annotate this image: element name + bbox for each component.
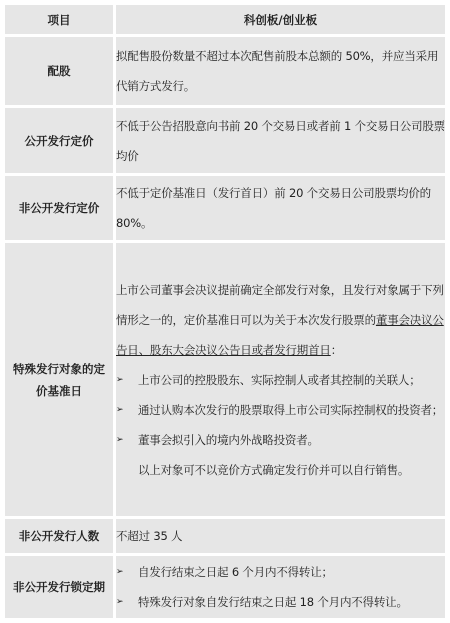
arrow-bullet-icon: ➢ [116, 425, 138, 455]
content-text: 拟配售股份数量不超过本次配售前股本总额的 50%，并应当采用代销方式发行。 [116, 41, 445, 101]
row-content: 不低于公告招股意向书前 20 个交易日或者前 1 个交易日公司股票均价 [116, 108, 445, 173]
row-label: 非公开发行人数 [5, 519, 113, 553]
row-label: 公开发行定价 [5, 108, 113, 173]
row-label: 配股 [5, 37, 113, 105]
arrow-bullet-icon: ➢ [116, 395, 138, 425]
row-label: 非公开发行定价 [5, 176, 113, 240]
table-row-private-count: 非公开发行人数 不超过 35 人 [5, 519, 445, 553]
list-item: ➢ 自发行结束之日起 6 个月内不得转让； [116, 557, 445, 587]
header-item: 项目 [5, 5, 113, 34]
table-row-public-pricing: 公开发行定价 不低于公告招股意向书前 20 个交易日或者前 1 个交易日公司股票… [5, 108, 445, 173]
content-text: 不低于定价基准日（发行首日）前 20 个交易日公司股票均价的 80%。 [116, 178, 445, 238]
table-row-rights-issue: 配股 拟配售股份数量不超过本次配售前股本总额的 50%，并应当采用代销方式发行。 [5, 37, 445, 105]
list-item: ➢ 特殊发行对象自发行结束之日起 18 个月内不得转让。 [116, 587, 445, 617]
list-item: ➢ 董事会拟引入的境内外战略投资者。 [116, 425, 445, 455]
table-row-lockup: 非公开发行锁定期 ➢ 自发行结束之日起 6 个月内不得转让； ➢ 特殊发行对象自… [5, 556, 445, 618]
row-content: 不低于定价基准日（发行首日）前 20 个交易日公司股票均价的 80%。 [116, 176, 445, 240]
row-content: 上市公司董事会决议提前确定全部发行对象，且发行对象属于下列情形之一的，定价基准日… [116, 243, 445, 516]
content-text: 不超过 35 人 [116, 529, 182, 543]
arrow-bullet-icon: ➢ [116, 557, 138, 587]
table-row-private-pricing: 非公开发行定价 不低于定价基准日（发行首日）前 20 个交易日公司股票均价的 8… [5, 176, 445, 240]
footer-note: 以上对象可不以竞价方式确定发行价并可以自行销售。 [116, 455, 445, 485]
list-item: ➢ 通过认购本次发行的股票取得上市公司实际控制权的投资者； [116, 395, 445, 425]
comparison-table: 项目 科创板/创业板 配股 拟配售股份数量不超过本次配售前股本总额的 50%，并… [2, 2, 448, 621]
content-text: 不低于公告招股意向书前 20 个交易日或者前 1 个交易日公司股票均价 [116, 111, 445, 171]
intro-text: 上市公司董事会决议提前确定全部发行对象，且发行对象属于下列情形之一的，定价基准日… [116, 275, 445, 365]
list-item: ➢ 上市公司的控股股东、实际控制人或者其控制的关联人； [116, 365, 445, 395]
row-content: 不超过 35 人 [116, 519, 445, 553]
row-label: 特殊发行对象的定价基准日 [5, 243, 113, 516]
table-header-row: 项目 科创板/创业板 [5, 5, 445, 34]
arrow-bullet-icon: ➢ [116, 365, 138, 395]
arrow-bullet-icon: ➢ [116, 587, 138, 617]
row-content: 拟配售股份数量不超过本次配售前股本总额的 50%，并应当采用代销方式发行。 [116, 37, 445, 105]
row-label: 非公开发行锁定期 [5, 556, 113, 618]
header-board: 科创板/创业板 [116, 5, 445, 34]
table-row-special-pricing-date: 特殊发行对象的定价基准日 上市公司董事会决议提前确定全部发行对象，且发行对象属于… [5, 243, 445, 516]
row-content: ➢ 自发行结束之日起 6 个月内不得转让； ➢ 特殊发行对象自发行结束之日起 1… [116, 556, 445, 618]
